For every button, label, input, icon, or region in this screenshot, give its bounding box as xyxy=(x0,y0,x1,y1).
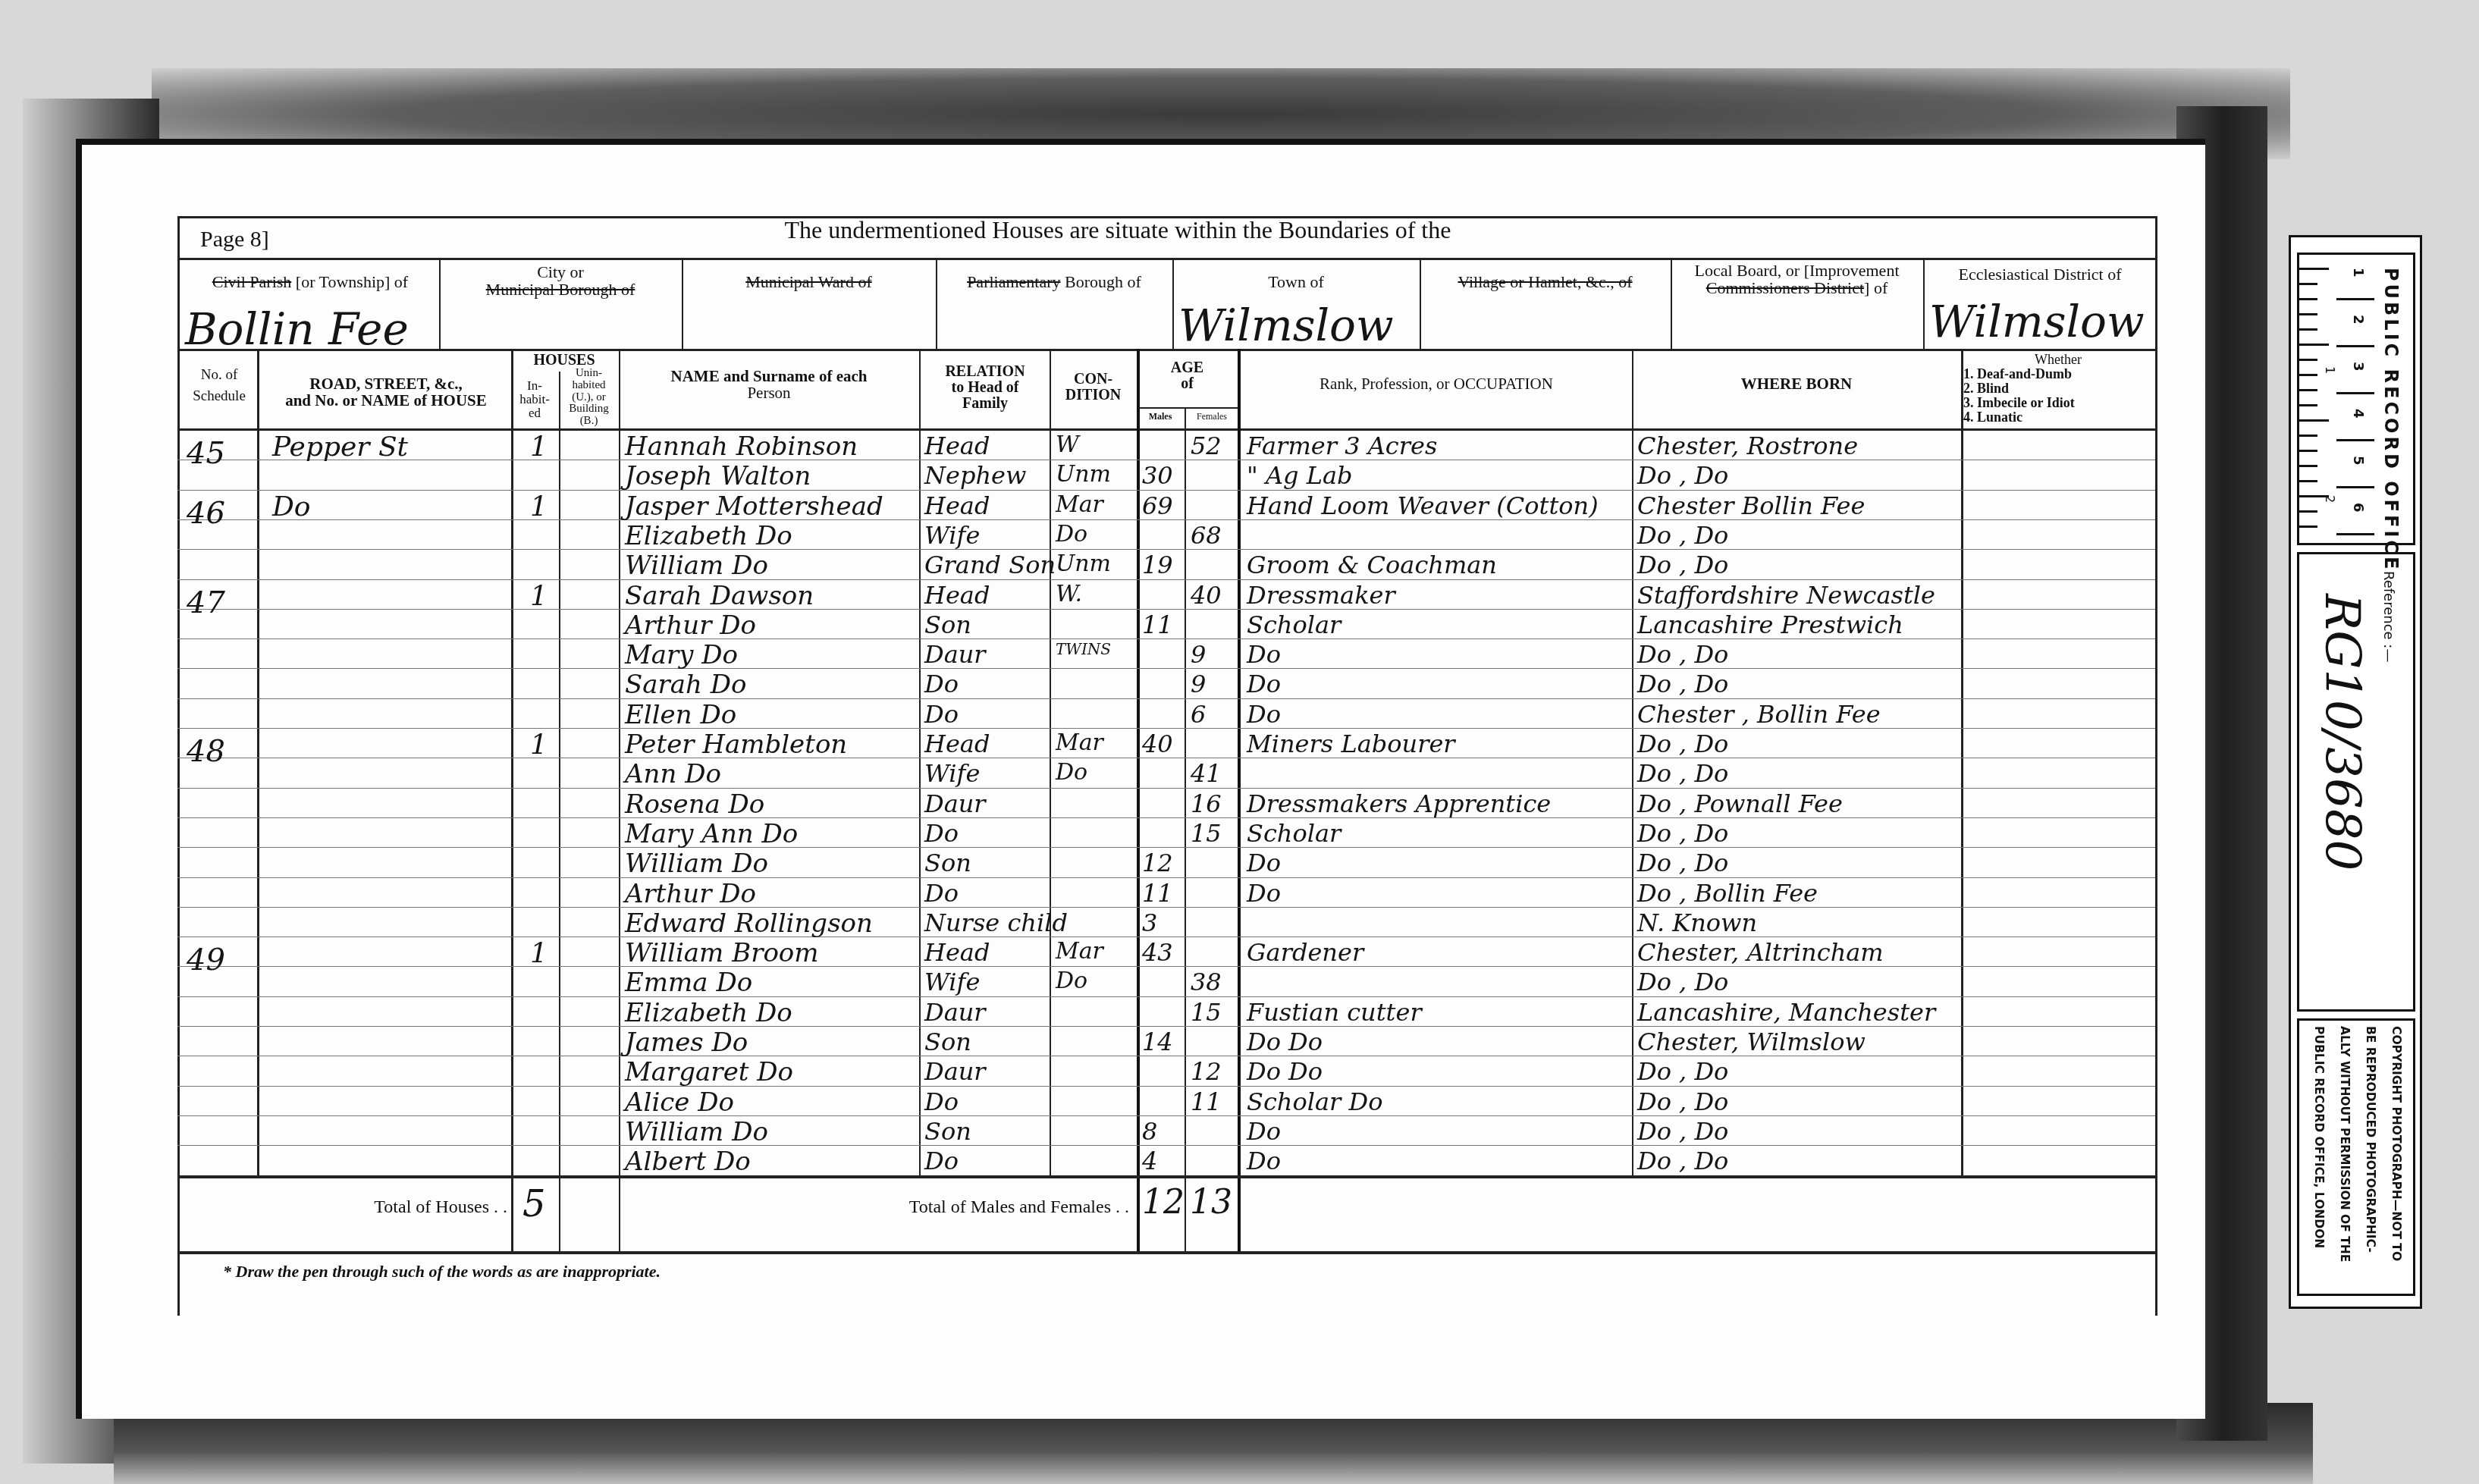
divider xyxy=(1420,258,1421,349)
cell-female-age: 9 xyxy=(1191,670,1206,698)
cell-male-age: 43 xyxy=(1142,938,1173,967)
total-persons-label: Total of Males and Females . . xyxy=(708,1198,1129,1217)
rule xyxy=(177,258,2157,260)
cell-where-born: Do , Bollin Fee xyxy=(1637,879,1818,908)
cell-name: Jasper Mottershead xyxy=(625,491,883,522)
cell-relation: Do xyxy=(924,819,959,848)
cell-road: Pepper St xyxy=(272,431,408,463)
reference-label: Reference :— xyxy=(2380,571,2396,662)
cell-where-born: Do , Do xyxy=(1637,1087,1728,1116)
row-rule xyxy=(177,698,2155,699)
cell-occupation: Do xyxy=(1247,1147,1281,1175)
cell-male-age: 4 xyxy=(1142,1147,1157,1175)
cell-where-born: Chester Bollin Fee xyxy=(1637,491,1865,520)
cell-where-born: Do , Do xyxy=(1637,670,1728,698)
record-office-ruler: PUBLIC RECORD OFFICE 123456 12 Reference… xyxy=(2289,235,2422,1309)
cell-relation: Son xyxy=(924,1028,971,1056)
divider xyxy=(1961,349,1963,1175)
divider xyxy=(1632,349,1633,1175)
inch-tick xyxy=(2299,480,2317,482)
frame-top xyxy=(177,216,2157,218)
cell-where-born: Do , Do xyxy=(1637,551,1728,579)
cell-where-born: Do , Pownall Fee xyxy=(1637,789,1843,818)
header-rule xyxy=(177,428,2157,431)
cell-relation: Head xyxy=(924,491,990,520)
inch-tick xyxy=(2299,313,2317,315)
cell-male-age: 40 xyxy=(1142,729,1173,758)
cm-tick xyxy=(2336,345,2374,347)
cell-inhabited: 1 xyxy=(530,431,548,463)
cell-name: Sarah Dawson xyxy=(625,581,814,611)
cell-relation: Daur xyxy=(924,789,986,818)
inch-mark: 2 xyxy=(2323,495,2337,503)
cell-male-age: 69 xyxy=(1142,491,1173,520)
cell-condition: Do xyxy=(1056,968,1087,994)
bottom-rule xyxy=(177,1251,2157,1254)
reference-value: RG10/3680 xyxy=(2314,594,2370,871)
cell-relation: Nephew xyxy=(924,461,1026,490)
cell-occupation: Do xyxy=(1247,700,1281,729)
col-where-born: WHERE BORN xyxy=(1633,375,1960,392)
cell-where-born: N. Known xyxy=(1637,908,1757,937)
inch-tick xyxy=(2299,510,2317,513)
row-rule xyxy=(177,817,2155,818)
cell-occupation: Dressmaker xyxy=(1247,581,1395,610)
cell-name: Mary Do xyxy=(625,640,738,670)
cell-female-age: 12 xyxy=(1191,1057,1222,1086)
col-females: Females xyxy=(1186,412,1238,422)
row-rule xyxy=(177,668,2155,669)
divider xyxy=(919,349,921,1175)
cell-female-age: 9 xyxy=(1191,640,1206,669)
cell-relation: Head xyxy=(924,431,990,460)
cell-where-born: Do , Do xyxy=(1637,640,1728,669)
cell-where-born: Do , Do xyxy=(1637,759,1728,788)
cell-female-age: 40 xyxy=(1191,581,1222,610)
ecclesiastical-value: Wilmslow xyxy=(1929,296,2145,347)
cell-name: Elizabeth Do xyxy=(625,998,792,1028)
cell-female-age: 15 xyxy=(1191,998,1222,1027)
cell-name: Rosena Do xyxy=(625,789,764,820)
cell-condition: Mar xyxy=(1056,491,1103,518)
cm-tick xyxy=(2336,298,2374,300)
cell-occupation: Do xyxy=(1247,1117,1281,1146)
frame-left xyxy=(177,216,180,1316)
cell-name: Joseph Walton xyxy=(625,461,811,491)
cell-female-age: 38 xyxy=(1191,968,1222,996)
cell-relation: Wife xyxy=(924,521,980,550)
page-number: Page 8] xyxy=(200,227,269,252)
col-age: AGEof xyxy=(1137,360,1238,392)
cell-where-born: Chester , Bollin Fee xyxy=(1637,700,1881,729)
rule xyxy=(177,349,2157,351)
cell-female-age: 41 xyxy=(1191,759,1222,788)
inch-mark: 1 xyxy=(2323,366,2337,374)
village-label: Village or Hamlet, &c., of xyxy=(1420,273,1671,290)
cell-female-age: 52 xyxy=(1191,431,1222,460)
col-relation: RELATIONto Head ofFamily xyxy=(921,364,1050,412)
inch-tick xyxy=(2299,283,2317,285)
cell-occupation: " Ag Lab xyxy=(1247,461,1352,490)
cm-tick xyxy=(2336,439,2374,441)
cell-relation: Wife xyxy=(924,968,980,996)
divider xyxy=(682,258,683,349)
cell-relation: Nurse child xyxy=(924,908,1068,937)
cell-name: William Do xyxy=(625,849,768,879)
cell-condition: Mar xyxy=(1056,938,1103,965)
total-females-value: 13 xyxy=(1190,1183,1232,1222)
civil-parish-label: Civil Parish [or Township] of xyxy=(181,273,439,290)
cell-name: Hannah Robinson xyxy=(625,431,858,462)
inch-tick xyxy=(2299,359,2317,361)
col-infirmity: Whether 1. Deaf-and-Dumb 2. Blind 3. Imb… xyxy=(1963,353,2153,424)
cell-male-age: 11 xyxy=(1142,879,1173,908)
cell-male-age: 14 xyxy=(1142,1028,1173,1056)
cell-name: Edward Rollingson xyxy=(625,908,873,939)
cell-occupation: Dressmakers Apprentice xyxy=(1247,789,1551,818)
cell-female-age: 6 xyxy=(1191,700,1206,729)
frame-right xyxy=(2155,216,2157,1316)
cell-inhabited: 1 xyxy=(530,491,548,522)
cell-relation: Do xyxy=(924,1087,959,1116)
cell-condition: Unm xyxy=(1056,461,1111,488)
col-inhabited: In-habit-ed xyxy=(511,379,558,420)
inch-tick xyxy=(2299,419,2329,422)
cell-inhabited: 1 xyxy=(530,581,548,612)
cell-relation: Head xyxy=(924,729,990,758)
cell-relation: Daur xyxy=(924,998,986,1027)
inch-tick xyxy=(2299,344,2329,346)
cell-where-born: Chester, Wilmslow xyxy=(1637,1028,1866,1056)
cell-schedule: 47 xyxy=(187,585,225,620)
parliamentary-borough-label: Parliamentary Borough of xyxy=(936,273,1172,290)
municipal-ward-label: Municipal Ward of xyxy=(682,273,936,290)
cell-male-age: 30 xyxy=(1142,461,1173,490)
divider xyxy=(559,372,560,1251)
divider xyxy=(1172,258,1174,349)
inch-tick xyxy=(2299,435,2317,437)
cell-relation: Grand Son xyxy=(924,551,1056,579)
divider xyxy=(1185,407,1186,1251)
cell-condition: W. xyxy=(1056,581,1082,607)
footnote: * Draw the pen through such of the words… xyxy=(223,1263,661,1280)
page-title: The undermentioned Houses are situate wi… xyxy=(663,218,1573,243)
cell-relation: Son xyxy=(924,610,971,639)
cell-occupation: Miners Labourer xyxy=(1247,729,1455,758)
cell-occupation: Fustian cutter xyxy=(1247,998,1422,1027)
local-board-label: Local Board, or [Improvement Commissione… xyxy=(1671,262,1923,296)
ruler-title: PUBLIC RECORD OFFICE xyxy=(2380,268,2402,572)
cell-female-age: 11 xyxy=(1191,1087,1222,1116)
cell-relation: Do xyxy=(924,700,959,729)
inch-tick xyxy=(2299,404,2317,406)
col-uninhabited: Unin-habited(U.), orBuilding(B.) xyxy=(560,368,617,428)
copyright-notice: COPYRIGHT PHOTOGRAPH—NOT TO BE REPRODUCE… xyxy=(2306,1026,2409,1262)
cell-occupation: Groom & Coachman xyxy=(1247,551,1497,579)
inch-tick xyxy=(2299,298,2317,300)
cell-relation: Do xyxy=(924,879,959,908)
cell-where-born: Chester, Rostrone xyxy=(1637,431,1858,460)
row-rule xyxy=(177,788,2155,789)
total-houses-value: 5 xyxy=(522,1183,546,1225)
cell-name: Albert Do xyxy=(625,1147,751,1177)
cm-tick xyxy=(2336,486,2374,488)
cell-name: Margaret Do xyxy=(625,1057,793,1087)
age-subrule xyxy=(1137,407,1238,409)
cell-relation: Son xyxy=(924,849,971,877)
cell-occupation: Hand Loom Weaver (Cotton) xyxy=(1247,491,1599,520)
cell-relation: Daur xyxy=(924,640,986,669)
cell-condition: W xyxy=(1056,431,1079,458)
cell-relation: Son xyxy=(924,1117,971,1146)
inch-tick xyxy=(2299,450,2317,452)
col-males: Males xyxy=(1137,412,1184,422)
row-rule xyxy=(177,460,2155,460)
cell-name: Ellen Do xyxy=(625,700,736,730)
city-label: City or Municipal Borough of xyxy=(439,263,682,298)
ecclesiastical-label: Ecclesiastical District of xyxy=(1923,265,2157,283)
row-rule xyxy=(177,1086,2155,1087)
cell-name: William Do xyxy=(625,1117,768,1147)
cell-condition: Do xyxy=(1056,521,1087,547)
cell-schedule: 46 xyxy=(187,496,225,531)
cell-where-born: Lancashire Prestwich xyxy=(1637,610,1903,639)
cm-mark: 3 xyxy=(2350,362,2366,372)
col-houses: HOUSES xyxy=(511,353,617,369)
totals-rule xyxy=(177,1175,2157,1178)
row-rule xyxy=(177,937,2155,937)
row-rule xyxy=(177,1115,2155,1116)
cell-condition: Do xyxy=(1056,759,1087,786)
col-name: NAME and Surname of eachPerson xyxy=(621,368,917,401)
cell-occupation: Do xyxy=(1247,670,1281,698)
col-occupation: Rank, Profession, or OCCUPATION xyxy=(1239,375,1633,392)
cell-where-born: Do , Do xyxy=(1637,461,1728,490)
cell-where-born: Do , Do xyxy=(1637,521,1728,550)
cell-where-born: Do , Do xyxy=(1637,819,1728,848)
cell-where-born: Chester, Altrincham xyxy=(1637,938,1884,967)
cm-tick xyxy=(2336,533,2374,535)
cell-female-age: 68 xyxy=(1191,521,1222,550)
cell-name: Mary Ann Do xyxy=(625,819,798,849)
cell-name: James Do xyxy=(625,1028,748,1058)
divider xyxy=(257,349,259,1175)
cell-male-age: 8 xyxy=(1142,1117,1157,1146)
cell-name: Ann Do xyxy=(625,759,721,789)
cm-mark: 4 xyxy=(2350,409,2366,419)
cell-male-age: 11 xyxy=(1142,610,1173,639)
cell-name: Peter Hambleton xyxy=(625,729,847,760)
divider xyxy=(1050,349,1051,1175)
total-houses-label: Total of Houses . . xyxy=(291,1198,507,1217)
cell-schedule: 45 xyxy=(187,436,225,471)
cell-relation: Daur xyxy=(924,1057,986,1086)
cell-occupation: Do xyxy=(1247,879,1281,908)
col-condition: CON-DITION xyxy=(1050,372,1137,403)
cell-name: Arthur Do xyxy=(625,610,756,641)
cm-mark: 1 xyxy=(2350,268,2366,278)
cell-road: Do xyxy=(272,491,311,522)
census-form: Page 8] The undermentioned Houses are si… xyxy=(177,216,2157,1338)
cell-condition: TWINS xyxy=(1056,640,1111,658)
col-road: ROAD, STREET, &c.,and No. or NAME of HOU… xyxy=(261,375,511,409)
cell-schedule: 49 xyxy=(187,943,225,977)
cell-where-born: Do , Do xyxy=(1637,1117,1728,1146)
cell-male-age: 3 xyxy=(1142,908,1157,937)
cell-occupation: Do Do xyxy=(1247,1028,1323,1056)
cell-where-born: Lancashire, Manchester xyxy=(1637,998,1935,1027)
inch-tick xyxy=(2299,389,2317,391)
cell-name: William Broom xyxy=(625,938,819,968)
cell-male-age: 19 xyxy=(1142,551,1173,579)
cell-where-born: Do , Do xyxy=(1637,968,1728,996)
cell-where-born: Do , Do xyxy=(1637,1147,1728,1175)
cm-mark: 6 xyxy=(2350,503,2366,513)
cell-where-born: Do , Do xyxy=(1637,729,1728,758)
cell-inhabited: 1 xyxy=(530,938,548,969)
cell-relation: Do xyxy=(924,670,959,698)
row-rule xyxy=(177,996,2155,997)
cell-name: Sarah Do xyxy=(625,670,747,700)
cell-occupation: Farmer 3 Acres xyxy=(1247,431,1437,460)
cm-mark: 2 xyxy=(2350,315,2366,325)
cell-relation: Wife xyxy=(924,759,980,788)
cell-name: Arthur Do xyxy=(625,879,756,909)
cell-name: Elizabeth Do xyxy=(625,521,792,551)
cell-occupation: Scholar Do xyxy=(1247,1087,1382,1116)
inch-tick xyxy=(2299,328,2317,331)
cell-inhabited: 1 xyxy=(530,729,548,761)
inch-tick xyxy=(2299,374,2317,376)
town-value: Wilmslow xyxy=(1178,300,1394,351)
divider xyxy=(936,258,937,349)
cm-tick xyxy=(2336,392,2374,394)
cell-female-age: 15 xyxy=(1191,819,1222,848)
cell-schedule: 48 xyxy=(187,734,225,769)
cell-occupation: Scholar xyxy=(1247,610,1341,639)
cell-male-age: 12 xyxy=(1142,849,1173,877)
cell-occupation: Do xyxy=(1247,640,1281,669)
cell-condition: Unm xyxy=(1056,551,1111,577)
row-rule xyxy=(177,549,2155,550)
inch-tick xyxy=(2299,526,2317,528)
cell-where-born: Do , Do xyxy=(1637,1057,1728,1086)
cell-occupation: Gardener xyxy=(1247,938,1363,967)
cell-relation: Head xyxy=(924,581,990,610)
row-rule xyxy=(177,847,2155,848)
cell-name: Alice Do xyxy=(625,1087,734,1118)
town-label: Town of xyxy=(1172,273,1420,290)
cell-occupation: Do Do xyxy=(1247,1057,1323,1086)
cell-occupation: Scholar xyxy=(1247,819,1341,848)
cell-condition: Mar xyxy=(1056,729,1103,756)
col-schedule: No. ofSchedule xyxy=(181,368,257,404)
total-males-value: 12 xyxy=(1142,1183,1185,1222)
cell-relation: Head xyxy=(924,938,990,967)
civil-parish-value: Bollin Fee xyxy=(185,303,409,355)
inch-tick xyxy=(2299,268,2329,270)
cell-name: Emma Do xyxy=(625,968,752,998)
inch-tick xyxy=(2299,465,2317,467)
cell-female-age: 16 xyxy=(1191,789,1222,818)
cell-occupation: Do xyxy=(1247,849,1281,877)
cell-relation: Do xyxy=(924,1147,959,1175)
cell-name: William Do xyxy=(625,551,768,581)
cm-mark: 5 xyxy=(2350,456,2366,466)
cell-where-born: Do , Do xyxy=(1637,849,1728,877)
cell-where-born: Staffordshire Newcastle xyxy=(1637,581,1935,610)
row-rule xyxy=(177,1145,2155,1146)
